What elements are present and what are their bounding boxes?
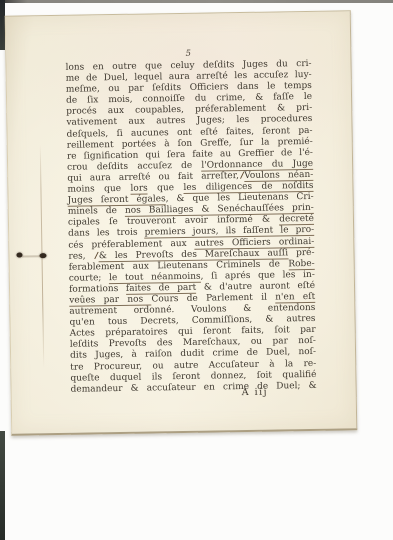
book-spine-edge-bottom bbox=[0, 431, 5, 540]
scanned-document: 5 lons en outre que celuy deſdits Juges … bbox=[0, 0, 393, 540]
scanner-edge-top bbox=[0, 0, 393, 3]
scanned-page: 5 lons en outre que celuy deſdits Juges … bbox=[5, 10, 358, 435]
signature-mark: A iij bbox=[242, 387, 269, 398]
text-block: lons en outre que celuy deſdits Juges du… bbox=[65, 59, 316, 396]
ink-smudge bbox=[21, 255, 41, 257]
